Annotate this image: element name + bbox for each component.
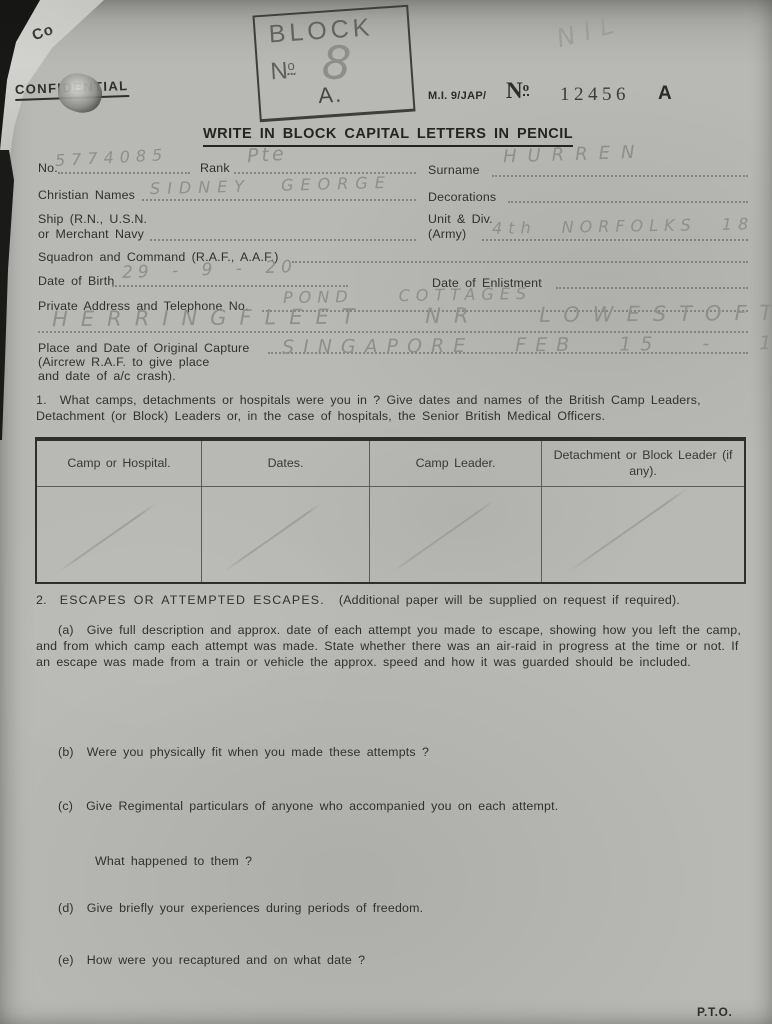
form-number-symbol: No xyxy=(506,78,529,104)
date-of-enlistment-line xyxy=(556,287,748,289)
question-1: 1.What camps, detachments or hospitals w… xyxy=(36,392,750,424)
sub-question-b-label: (b) xyxy=(58,745,74,759)
sub-question-b-text: Were you physically fit when you made th… xyxy=(87,745,429,759)
unit-label-line2: (Army) xyxy=(428,227,466,243)
question-1-number: 1. xyxy=(36,393,47,407)
unit-label-line1: Unit & Div. xyxy=(428,212,493,228)
table-header-camp: Camp or Hospital. xyxy=(37,441,202,487)
sub-question-c-label: (c) xyxy=(58,799,73,813)
left-edge-shadow xyxy=(0,150,18,440)
stamp-block-word: BLOCK xyxy=(268,13,375,49)
christian-names-line xyxy=(142,199,416,201)
surname-label: Surname xyxy=(428,163,480,179)
stamp-a-letter: A. xyxy=(317,81,344,109)
question-2: 2.ESCAPES OR ATTEMPTED ESCAPES.(Addition… xyxy=(36,592,750,608)
question-1-text: What camps, detachments or hospitals wer… xyxy=(36,393,701,423)
sub-question-a: (a)Give full description and approx. dat… xyxy=(36,622,750,670)
ship-line xyxy=(150,239,416,241)
paper-tear-hole xyxy=(53,68,107,118)
sub-question-e: (e)How were you recaptured and on what d… xyxy=(58,952,718,968)
decorations-line xyxy=(508,201,748,203)
pencil-slash xyxy=(393,500,495,572)
pencil-slash xyxy=(59,503,157,572)
scanned-pow-form-page: Co CONFIDENTIAL BLOCK No 8 A. M.I. 9/JAP… xyxy=(0,0,772,1024)
sub-question-b: (b)Were you physically fit when you made… xyxy=(58,744,718,760)
surname-value: HURREN xyxy=(503,142,646,168)
sub-question-c-text: Give Regimental particulars of anyone wh… xyxy=(86,799,558,813)
rank-value: Pte xyxy=(246,143,287,168)
sub-question-d-text: Give briefly your experiences during per… xyxy=(87,901,424,915)
service-number-line xyxy=(58,172,190,174)
christian-names-label: Christian Names xyxy=(38,188,135,204)
sub-question-e-text: How were you recaptured and on what date… xyxy=(87,953,365,967)
pencil-slash xyxy=(224,501,324,572)
unit-line xyxy=(482,239,748,241)
rank-label: Rank xyxy=(200,161,230,177)
sub-question-c: (c)Give Regimental particulars of anyone… xyxy=(58,798,718,814)
form-reference-prefix: M.I. 9/JAP/ xyxy=(428,90,486,102)
question-2-number: 2. xyxy=(36,593,47,607)
stamp-no-label: No xyxy=(269,57,295,87)
form-serial-suffix: A xyxy=(658,83,672,105)
decorations-label: Decorations xyxy=(428,190,496,206)
table-cell-camp xyxy=(37,487,202,582)
address-value-line2: HERRINGFLEET NR LOWESTOFT xyxy=(52,301,772,331)
service-number-value: 5774085 xyxy=(55,145,169,170)
sub-question-a-text: Give full description and approx. date o… xyxy=(36,623,741,669)
pencil-slash xyxy=(569,487,689,572)
nil-pencil-note: NIL xyxy=(553,8,625,53)
pto-note: P.T.O. xyxy=(697,1005,732,1019)
sub-question-d: (d)Give briefly your experiences during … xyxy=(58,900,718,916)
table-header-dates: Dates. xyxy=(202,441,370,487)
question-2-note: (Additional paper will be supplied on re… xyxy=(339,593,680,607)
christian-names-value: SIDNEY GEORGE xyxy=(150,173,392,198)
sub-question-a-label: (a) xyxy=(58,623,74,637)
form-serial-number: 12456 xyxy=(560,84,630,106)
ship-label-line2: or Merchant Navy xyxy=(38,227,144,243)
capture-label-line3: and date of a/c crash). xyxy=(38,369,176,385)
surname-line xyxy=(492,175,748,177)
date-of-birth-label: Date of Birth xyxy=(38,274,114,290)
sub-question-e-label: (e) xyxy=(58,953,74,967)
sub-question-d-label: (d) xyxy=(58,901,74,915)
unit-value: 4th NORFOLKS 18 DIV xyxy=(492,213,772,238)
sub-question-c-followup: What happened to them ? xyxy=(95,853,595,869)
block-number-stamp-box: BLOCK No 8 A. xyxy=(252,5,415,123)
table-header-camp-leader: Camp Leader. xyxy=(370,441,542,487)
question-2-title: ESCAPES OR ATTEMPTED ESCAPES. xyxy=(60,593,325,607)
ship-label-line1: Ship (R.N., U.S.N. xyxy=(38,212,147,228)
capture-value: SINGAPORE FEB 15 - 1942 xyxy=(282,332,772,359)
camps-table: Camp or Hospital. Dates. Camp Leader. De… xyxy=(35,437,746,584)
table-header-detachment-leader: Detachment or Block Leader (if any). xyxy=(542,441,744,487)
table-cell-detachment-leader xyxy=(542,487,744,582)
squadron-line xyxy=(292,261,748,263)
table-cell-dates xyxy=(202,487,370,582)
table-cell-camp-leader xyxy=(370,487,542,582)
